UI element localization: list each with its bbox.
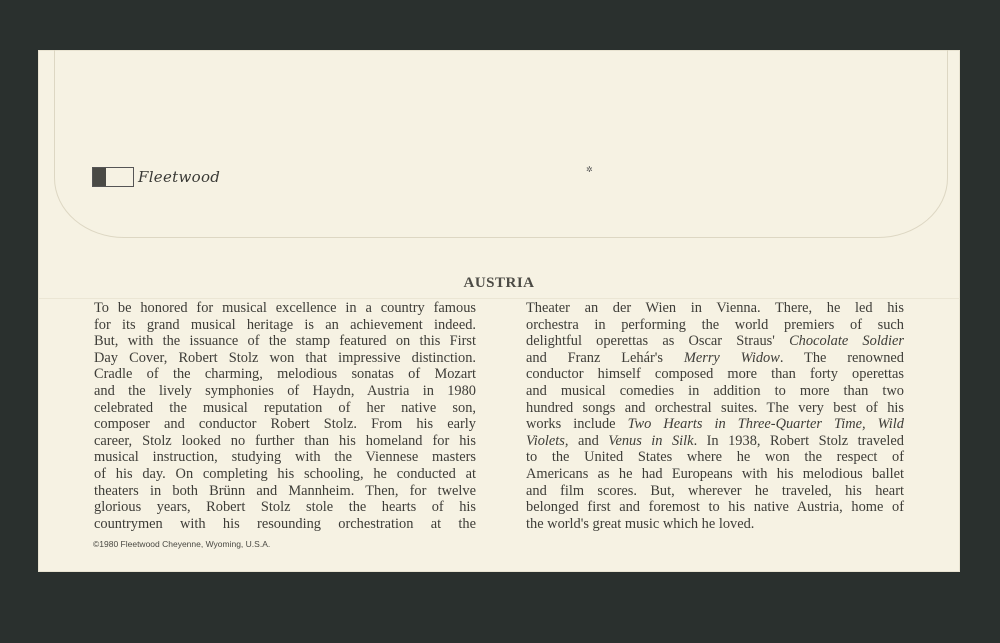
text-line: to the United States where he won the re…	[526, 449, 904, 466]
text-line: conductor himself composed more than for…	[526, 366, 904, 383]
text-line: of his day. On completing his schooling,…	[94, 466, 476, 483]
text-column-left: To be honored for musical excellence in …	[94, 300, 476, 532]
text-column-right: Theater an der Wien in Vienna. There, he…	[526, 300, 904, 532]
text-line: and the lively symphonies of Haydn, Aust…	[94, 383, 476, 400]
text-line: To be honored for musical excellence in …	[94, 300, 476, 317]
fleetwood-logo: Fleetwood	[92, 167, 220, 187]
text-line: for its grand musical heritage is an ach…	[94, 317, 476, 334]
title-two-hearts: Two Hearts in Three-Quarter Time, Wild	[628, 416, 904, 432]
text-line: delightful operettas as Oscar Straus' Ch…	[526, 333, 904, 350]
text-line: musical instruction, studying with the V…	[94, 449, 476, 466]
text-line: Violets, and Venus in Silk. In 1938, Rob…	[526, 433, 904, 450]
envelope-back: ✲ Fleetwood AUSTRIA To be honored for mu…	[38, 50, 960, 572]
text-line: But, with the issuance of the stamp feat…	[94, 333, 476, 350]
title-merry-widow: Merry Widow	[684, 350, 780, 366]
text-line: Day Cover, Robert Stolz won that impress…	[94, 350, 476, 367]
text-line: career, Stolz looked no further than his…	[94, 433, 476, 450]
text-line: orchestra in performing the world premie…	[526, 317, 904, 334]
text-line: the world's great music which he loved.	[526, 516, 904, 533]
text-line: works include Two Hearts in Three-Quarte…	[526, 416, 904, 433]
title-wild-violets: Violets	[526, 433, 565, 449]
text-line: Cradle of the charming, melodious sonata…	[94, 366, 476, 383]
title-chocolate-soldier: Chocolate Soldier	[789, 333, 904, 349]
text-line: Americans as he had Europeans with his m…	[526, 466, 904, 483]
text-line: glorious years, Robert Stolz stole the h…	[94, 499, 476, 516]
copyright-notice: ©1980 Fleetwood Cheyenne, Wyoming, U.S.A…	[93, 539, 270, 549]
title-venus-in-silk: Venus in Silk	[608, 433, 693, 449]
text-line: Theater an der Wien in Vienna. There, he…	[526, 300, 904, 317]
fold-crease	[38, 298, 960, 299]
text-line: hundred songs and orchestral suites. The…	[526, 400, 904, 417]
text-line: and Franz Lehár's Merry Widow. The renow…	[526, 350, 904, 367]
text-line: theaters in both Brünn and Mannheim. The…	[94, 483, 476, 500]
text-line: and film scores. But, wherever he travel…	[526, 483, 904, 500]
text-line: and musical comedies in addition to more…	[526, 383, 904, 400]
text-line: celebrated the musical reputation of her…	[94, 400, 476, 417]
envelope-flap	[54, 50, 948, 238]
cachet-title: AUSTRIA	[38, 275, 960, 292]
ink-speck: ✲	[586, 167, 592, 172]
brand-name: Fleetwood	[138, 168, 220, 186]
fleetwood-box-logo-icon	[92, 167, 134, 187]
text-line: belonged first and foremost to his nativ…	[526, 499, 904, 516]
text-line: countrymen with his resounding orchestra…	[94, 516, 476, 533]
text-line: composer and conductor Robert Stolz. Fro…	[94, 416, 476, 433]
